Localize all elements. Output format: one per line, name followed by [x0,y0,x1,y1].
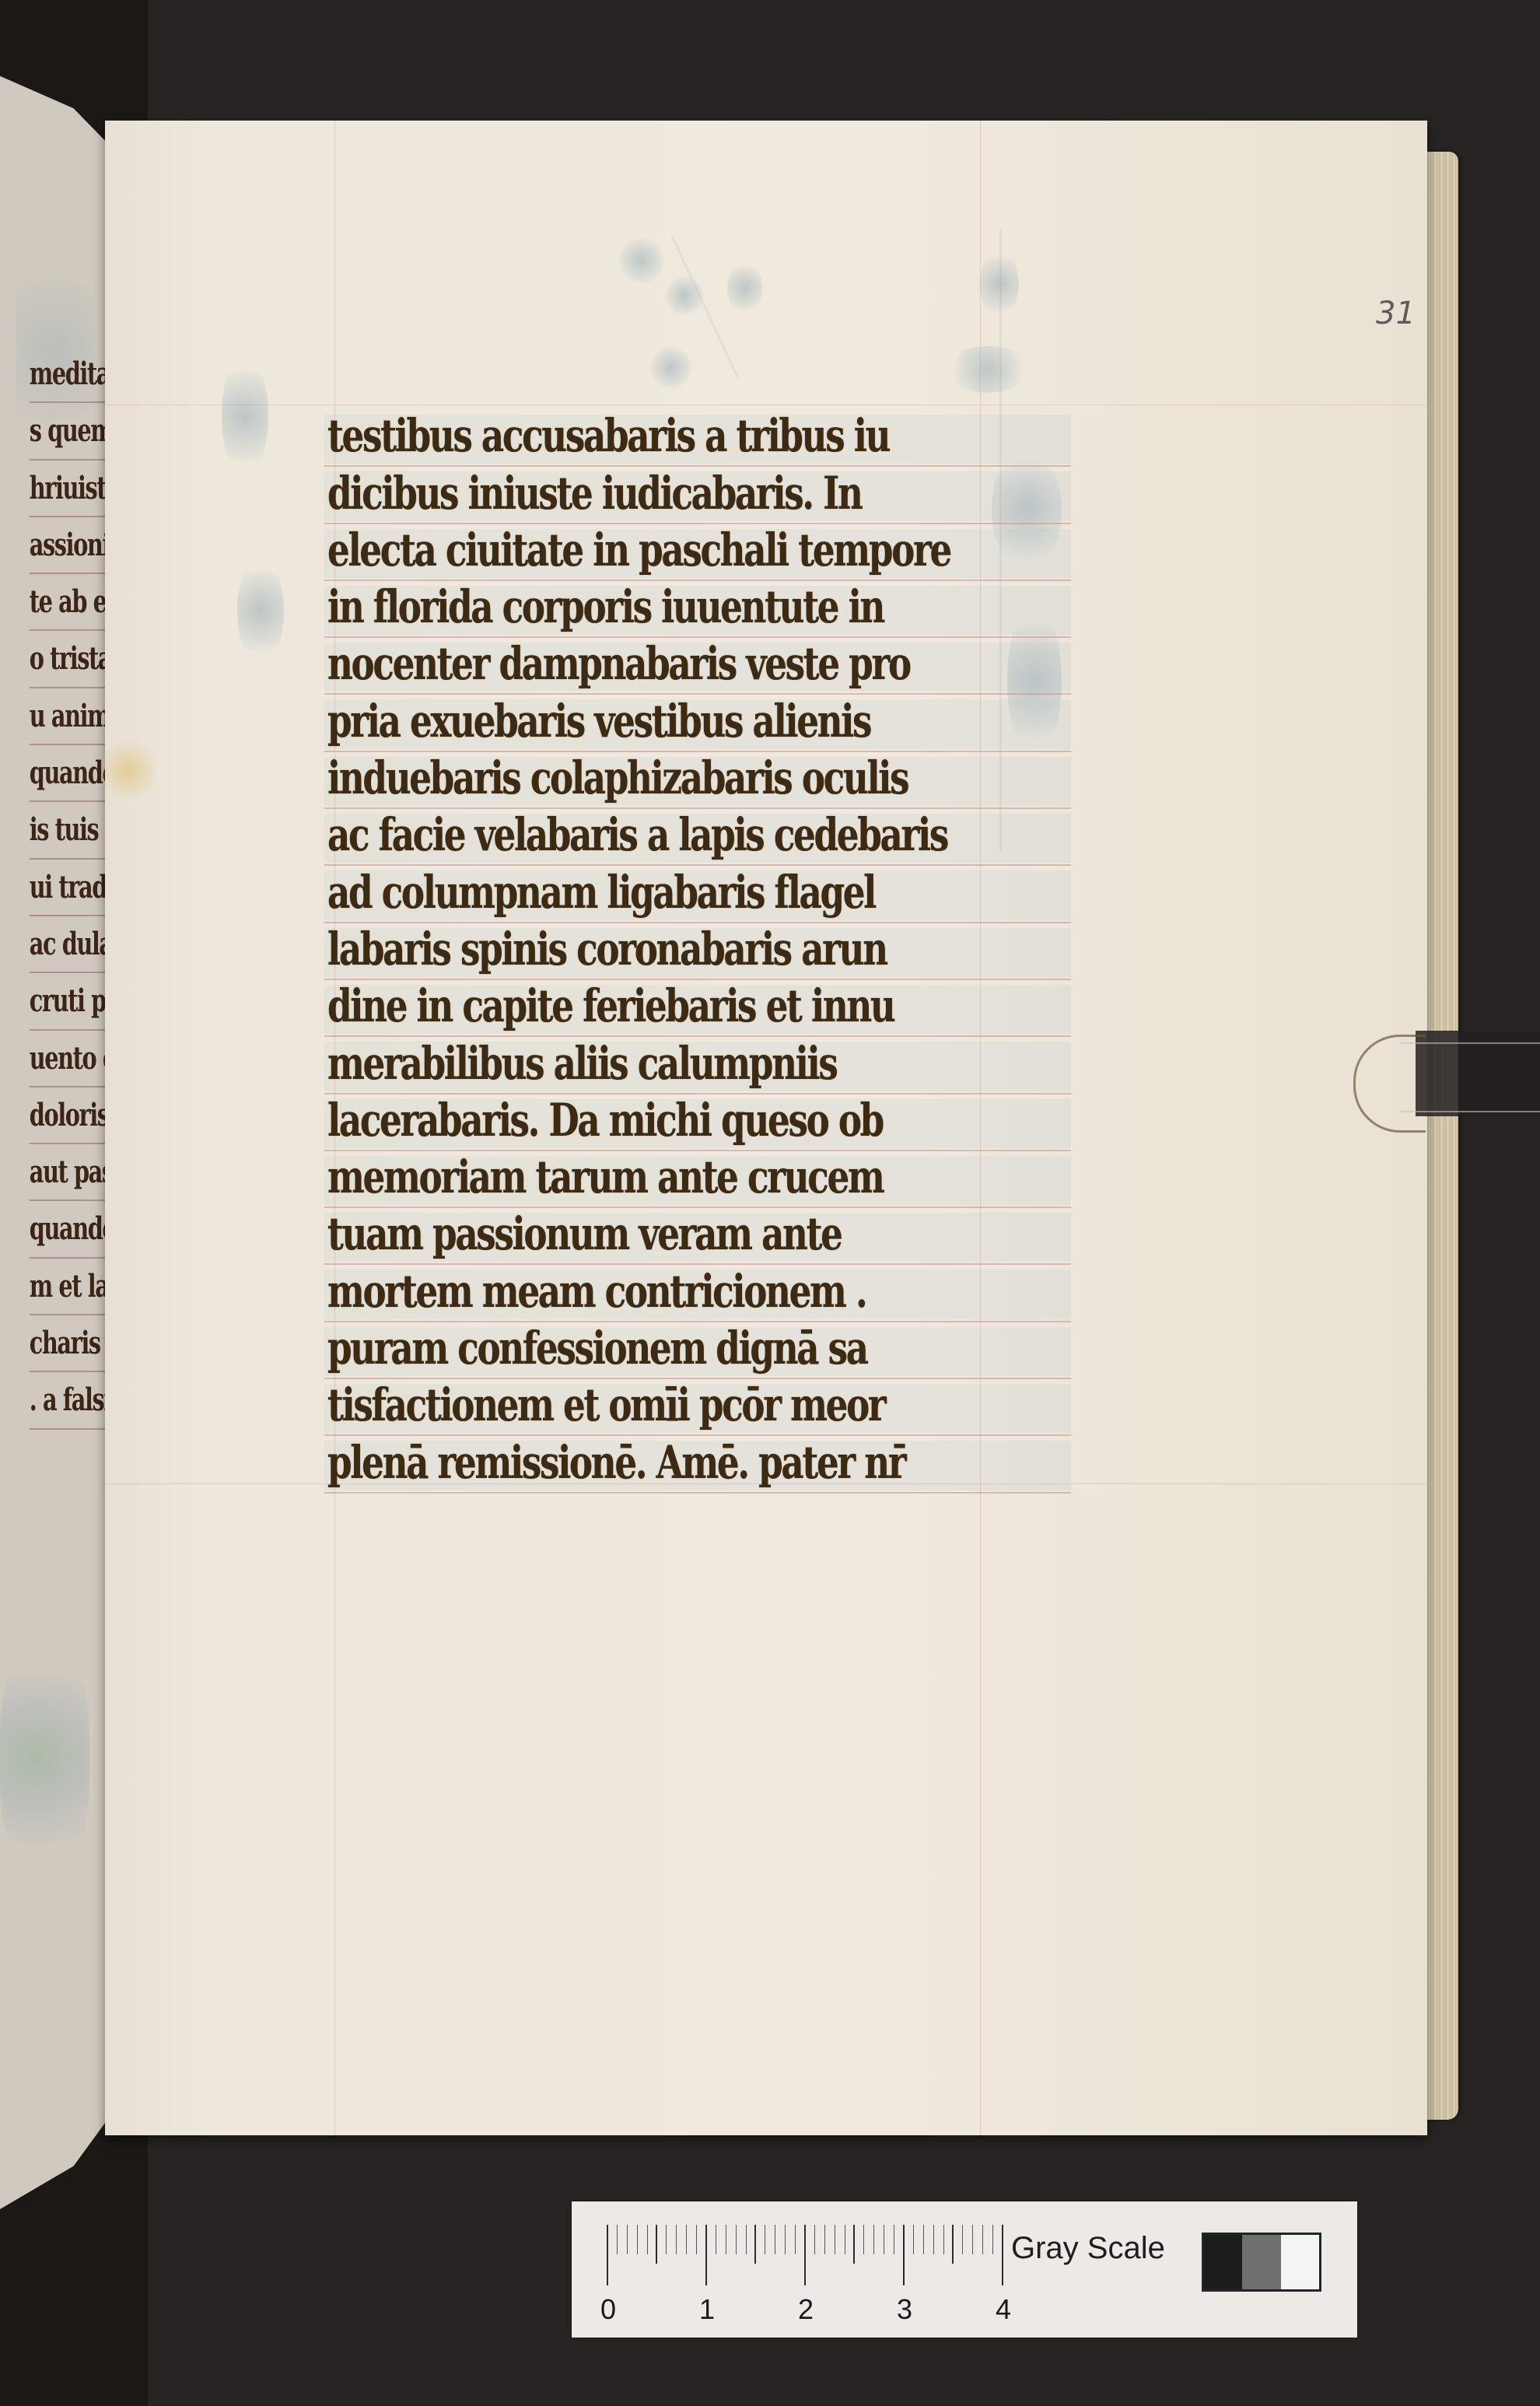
text-line-content: ad columpnam ligabaris flagel [327,869,875,916]
ruler-tick [853,2225,855,2264]
penwork-spray [222,354,268,478]
text-line: dicibus iniuste iudicabaris. In [324,467,1071,524]
facing-line: is tuis co [30,802,105,859]
ruler-label: 3 [897,2293,912,2326]
text-line: dine in capite feriebaris et innu [324,980,1071,1037]
ruler-tick [804,2225,806,2285]
water-stain [101,735,156,805]
text-line-content: testibus accusabaris a tribus iu [327,412,889,459]
facing-line: m et lau [30,1259,105,1315]
facing-line: quando [30,1201,105,1258]
facing-line: aut passio [30,1144,105,1201]
text-line: tisfactionem et omīi pcōr meor [324,1379,1071,1436]
text-line: lacerabaris. Da michi queso ob [324,1094,1071,1151]
penwork-spray [237,556,284,665]
text-line-content: pria exuebaris vestibus alienis [327,698,870,744]
page-clip [1353,1011,1540,1147]
facing-page: meditacio s quem in hriuisti in assionis… [0,54,105,2209]
facing-line: quando in [30,745,105,802]
ruler-label: 2 [798,2293,814,2326]
ruling-line-horizontal [105,405,1427,405]
text-line: plenā remissionē. Amē. pater nr̄ [324,1436,1071,1493]
text-line-content: puram confessionem dignā sa [327,1325,867,1371]
clip-highlight [1400,1111,1540,1112]
text-line: puram confessionem dignā sa [324,1322,1071,1379]
text-line-content: ac facie velabaris a lapis cedebaris [327,811,947,858]
ruler-tick [972,2225,973,2254]
text-line: tuam passionum veram ante [324,1208,1071,1265]
ruler-tick [746,2225,747,2254]
text-line: ad columpnam ligabaris flagel [324,866,1071,923]
ruler-tick [923,2225,924,2254]
gray-patch-white [1281,2235,1319,2289]
ruler-tick [785,2225,786,2254]
ruler-tick [607,2225,608,2285]
text-line-content: dicibus iniuste iudicabaris. In [327,470,862,517]
ruler-tick [795,2225,796,2254]
ruler-tick [647,2225,648,2254]
text-line-content: tisfactionem et omīi pcōr meor [327,1382,884,1428]
text-line: merabilibus aliis calumpniis [324,1037,1071,1094]
text-line: memoriam tarum ante crucem [324,1151,1071,1208]
ruler-tick [863,2225,864,2254]
text-line: labaris spinis coronabaris arun [324,923,1071,980]
text-line: in florida corporis iuuentute in [324,581,1071,638]
ruler-tick [952,2225,954,2264]
ruler-tick [736,2225,737,2254]
ruler-tick [835,2225,835,2254]
ruler-tick [992,2225,993,2254]
manuscript-page: 31 testibus accusabaris a tribus iu dici… [105,121,1427,2135]
ruler-tick [894,2225,894,2254]
ruler-label: 1 [699,2293,715,2326]
penwork-bud [727,261,762,315]
ruler-tick [943,2225,944,2254]
gray-patch-mid [1242,2235,1280,2289]
ruler-tick [666,2225,667,2254]
ruler-tick [962,2225,963,2254]
text-line-content: in florida corporis iuuentute in [327,583,884,630]
text-line: mortem meam contricionem . [324,1265,1071,1322]
facing-line: cruti pas [30,973,105,1030]
text-line: pria exuebaris vestibus alienis [324,695,1071,751]
facing-line: dolorisque [30,1087,105,1144]
ruler [607,2225,1011,2287]
ruler-tick [873,2225,874,2254]
ruler-tick [617,2225,618,2254]
ruler-tick [913,2225,914,2254]
clip-highlight [1400,1042,1540,1044]
facing-line: charis ab [30,1315,105,1372]
text-line-content: dine in capite feriebaris et innu [327,982,894,1029]
gray-scale-patches [1202,2233,1321,2292]
ruler-tick [1002,2225,1003,2285]
penwork-flower [649,346,692,389]
text-line: induebaris colaphizabaris oculis [324,752,1071,809]
facing-line: ui tradidi [30,860,105,916]
main-text-block: testibus accusabaris a tribus iu dicibus… [324,410,1071,1494]
ruler-tick [765,2225,765,2254]
text-line-content: tuam passionum veram ante [327,1210,842,1257]
text-line-content: plenā remissionē. Amē. pater nr̄ [327,1439,905,1486]
scale-card: 0 1 2 3 4 Gray Scale [572,2201,1357,2338]
facing-page-text: meditacio s quem in hriuisti in assionis… [0,346,105,1430]
ruler-tick [933,2225,934,2254]
ruler-tick [656,2225,657,2264]
facing-line: ac dulater [30,916,105,973]
gray-patch-black [1204,2235,1242,2289]
penwork-leaf [945,346,1031,393]
text-line-content: memoriam tarum ante crucem [327,1154,883,1200]
ruler-tick [982,2225,983,2254]
ruler-label: 4 [996,2293,1011,2326]
facing-line: s quem in [30,403,105,460]
ruler-tick [824,2225,825,2254]
ruler-tick [705,2225,707,2285]
ruler-tick [716,2225,716,2254]
text-line-content: mortem meam contricionem . [327,1268,866,1315]
ruler-tick [726,2225,726,2254]
ruler-tick [903,2225,905,2285]
facing-line: u animo te [30,688,105,745]
ruler-tick [627,2225,628,2254]
facing-line: hriuisti in [30,461,105,517]
text-line: ac facie velabaris a lapis cedebaris [324,809,1071,866]
ruler-tick [814,2225,815,2254]
facing-line: assionis tue [30,517,105,574]
facing-line: meditacio [30,346,105,403]
penwork-flower [618,237,665,284]
text-line-content: labaris spinis coronabaris arun [327,926,887,972]
ruler-label: 0 [600,2293,616,2326]
text-line: testibus accusabaris a tribus iu [324,410,1071,467]
ruler-tick [754,2225,756,2264]
text-line: electa ciuitate in paschali tempore [324,524,1071,581]
folio-number: 31 [1376,296,1416,331]
ruler-tick [884,2225,884,2254]
text-line-content: electa ciuitate in paschali tempore [327,527,950,573]
ruler-tick [696,2225,697,2254]
facing-page-floral-decoration [0,1641,89,1875]
ruler-tick [686,2225,687,2254]
clip-loop [1353,1035,1426,1133]
facing-line: uento ois [30,1031,105,1087]
text-line-content: nocenter dampnabaris veste pro [327,640,910,687]
ruler-tick [676,2225,677,2254]
ruler-tick [775,2225,775,2254]
facing-line: . a falsis [30,1372,105,1429]
text-line-content: merabilibus aliis calumpniis [327,1040,836,1087]
ruler-tick [637,2225,638,2254]
text-line: nocenter dampnabaris veste pro [324,638,1071,695]
facing-line: te ab eterno [30,574,105,631]
ruler-tick [845,2225,845,2254]
facing-line: o tristaret [30,631,105,688]
text-line-content: lacerabaris. Da michi queso ob [327,1097,883,1143]
gray-scale-label: Gray Scale [1011,2231,1165,2266]
text-line-content: induebaris colaphizabaris oculis [327,755,908,801]
